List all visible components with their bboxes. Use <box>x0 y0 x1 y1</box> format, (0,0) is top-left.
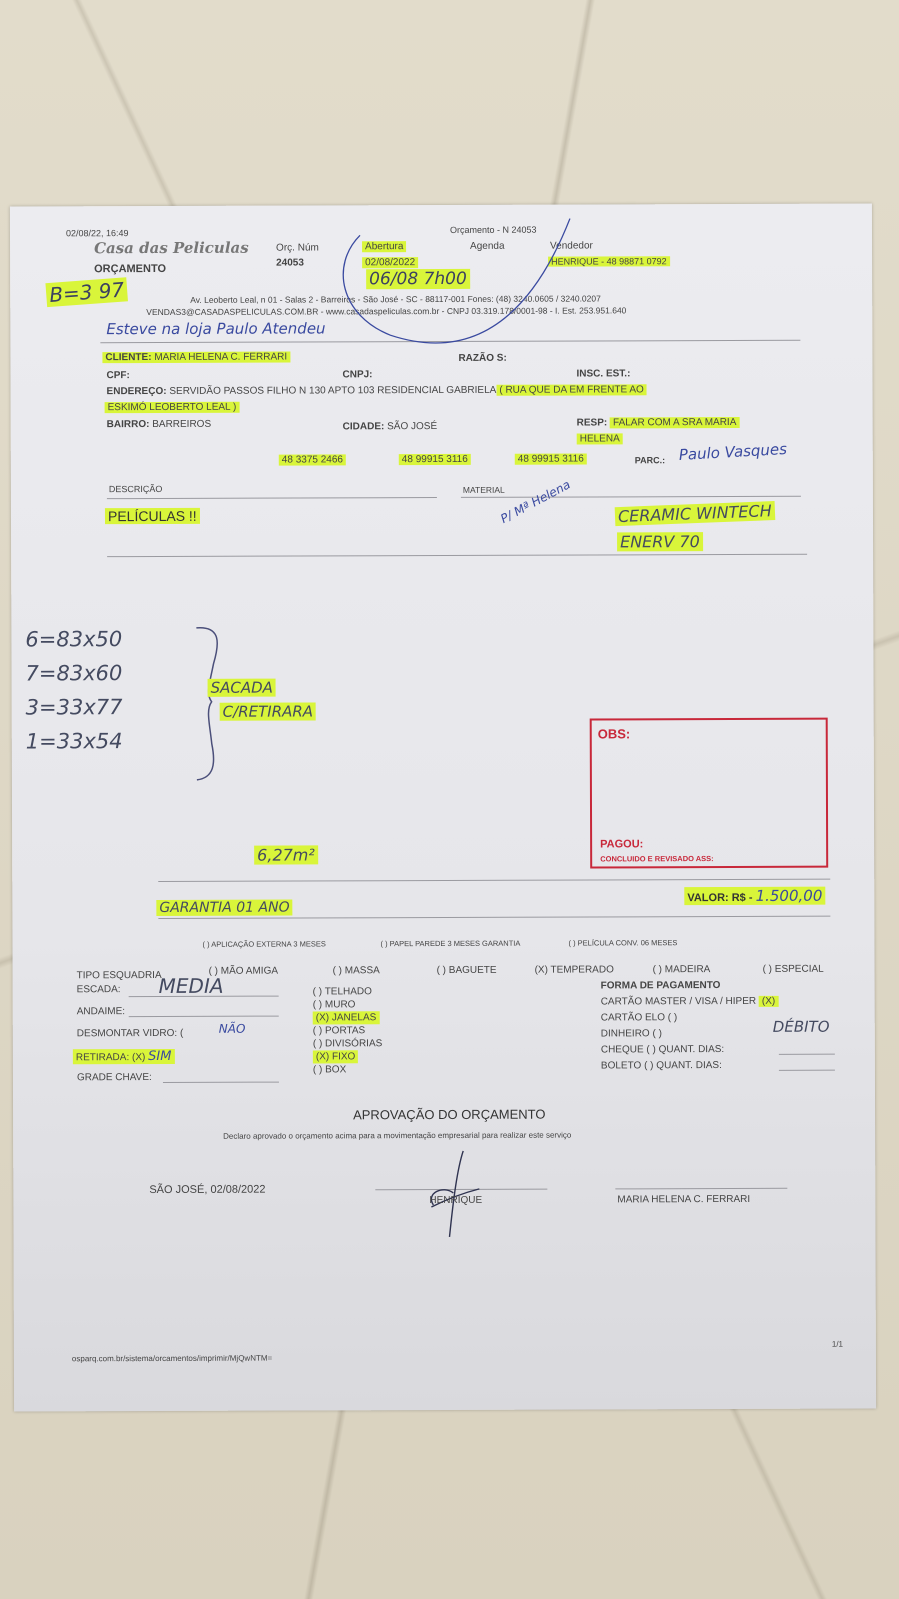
measures-note-2: C/RETIRARA <box>220 702 316 720</box>
handwritten-code: B=3 97 <box>45 277 128 307</box>
approval-client-signature: MARIA HELENA C. FERRARI <box>617 1194 750 1205</box>
printed-timestamp: 02/08/22, 16:49 <box>66 228 129 238</box>
warranty-option[interactable]: ( ) APLICAÇÃO EXTERNA 3 MESES <box>202 939 325 948</box>
payment-dinheiro-option[interactable]: DINHEIRO ( ) <box>601 1028 662 1039</box>
measures-list: 6=83x50 7=83x60 3=33x77 1=33x54 <box>25 622 122 758</box>
descricao-value: PELÍCULAS !! <box>105 508 200 524</box>
warranty-option[interactable]: ( ) PELÍCULA CONV. 06 MESES <box>568 938 677 947</box>
approval-title: APROVAÇÃO DO ORÇAMENTO <box>353 1107 545 1123</box>
esquadria-label: TIPO ESQUADRIA <box>77 970 162 981</box>
payment-master-mark: (X) <box>759 996 778 1007</box>
parc-label: PARC.: <box>635 455 665 465</box>
location-option[interactable]: ( ) BOX <box>313 1063 382 1076</box>
resp-value-2: HELENA <box>577 433 623 444</box>
endereco-value: SERVIDÃO PASSOS FILHO N 130 APTO 103 RES… <box>169 385 496 397</box>
approval-place-date: SÃO JOSÉ, 02/08/2022 <box>149 1184 265 1196</box>
payment-title: FORMA DE PAGAMENTO <box>601 980 721 991</box>
resp-field: RESP: FALAR COM A SRA MARIA <box>577 417 740 429</box>
handwritten-area: 6,27m² <box>254 845 318 864</box>
location-option[interactable]: ( ) DIVISÓRIAS <box>313 1037 382 1050</box>
endereco-label: ENDEREÇO: <box>107 386 167 397</box>
measure-item: 1=33x54 <box>26 724 123 758</box>
orc-num-value: 24053 <box>276 257 304 268</box>
handwritten-parc: Paulo Vasques <box>678 440 787 464</box>
escada-label: ESCADA: <box>77 984 121 995</box>
footer-url: osparq.com.br/sistema/orcamentos/imprimi… <box>72 1354 272 1364</box>
valor-label: VALOR: R$ - <box>687 892 752 904</box>
obs-label: OBS: <box>598 726 631 741</box>
warranty-option[interactable]: ( ) PAPEL PAREDE 3 MESES GARANTIA <box>380 939 520 948</box>
cidade-value: SÃO JOSÉ <box>387 421 437 432</box>
payment-master-option[interactable]: CARTÃO MASTER / VISA / HIPER (X) <box>601 996 779 1008</box>
valor-value: 1.500,00 <box>756 887 823 905</box>
cliente-field: CLIENTE: MARIA HELENA C. FERRARI <box>102 352 290 364</box>
handwritten-note: Esteve na loja Paulo Atendeu <box>106 319 325 338</box>
bairro-label: BAIRRO: <box>107 419 150 430</box>
cnpj-label: CNPJ: <box>342 369 372 380</box>
measures-note-1: SACADA <box>208 679 276 697</box>
pagou-label: PAGOU: <box>600 838 643 850</box>
esquadria-option[interactable]: ( ) MADEIRA <box>653 964 711 975</box>
location-option[interactable]: ( ) TELHADO <box>313 985 382 998</box>
endereco-value-2: ESKIMÓ LEOBERTO LEAL ) <box>105 402 240 413</box>
esquadria-option-checked[interactable]: (X) TEMPERADO <box>535 964 614 975</box>
esquadria-option[interactable]: ( ) BAGUETE <box>437 965 497 976</box>
handwritten-escada: MEDIA <box>159 974 224 998</box>
bairro-field: BAIRRO: BARREIROS <box>107 419 212 430</box>
handwritten-garantia: GARANTIA 01 ANO <box>156 900 292 916</box>
handwritten-desmontar: NÃO <box>219 1022 246 1036</box>
material-label: MATERIAL <box>463 485 505 495</box>
esquadria-option[interactable]: ( ) MASSA <box>333 965 380 976</box>
cliente-value: MARIA HELENA C. FERRARI <box>154 352 287 363</box>
insc-label: INSC. EST.: <box>576 368 630 379</box>
phone-1: 48 3375 2466 <box>279 454 346 465</box>
retirada-label: RETIRADA: (X) <box>76 1052 145 1063</box>
location-option-checked[interactable]: (X) FIXO <box>313 1050 358 1063</box>
cliente-label: CLIENTE: <box>105 352 151 363</box>
measure-item: 7=83x60 <box>25 656 122 690</box>
location-list: ( ) TELHADO ( ) MURO (X) JANELAS ( ) POR… <box>313 985 383 1076</box>
phone-2: 48 99915 3116 <box>399 454 471 465</box>
retirada-field: RETIRADA: (X) SIM <box>73 1049 175 1064</box>
retirada-value: SIM <box>148 1049 171 1064</box>
location-option-checked[interactable]: (X) JANELAS <box>313 1011 380 1024</box>
payment-master-label: CARTÃO MASTER / VISA / HIPER <box>601 996 756 1008</box>
location-option[interactable]: ( ) PORTAS <box>313 1024 382 1037</box>
quote-document: 02/08/22, 16:49 Casa das Peliculas ORÇAM… <box>10 203 876 1411</box>
payment-boleto-option[interactable]: BOLETO ( ) QUANT. DIAS: <box>601 1060 722 1071</box>
esquadria-option[interactable]: ( ) ESPECIAL <box>763 964 824 975</box>
cpf-label: CPF: <box>106 370 129 381</box>
measure-item: 6=83x50 <box>25 622 122 656</box>
cidade-field: CIDADE: SÃO JOSÉ <box>343 421 438 432</box>
desmontar-label: DESMONTAR VIDRO: ( <box>77 1028 184 1039</box>
cidade-label: CIDADE: <box>343 421 385 432</box>
descricao-label: DESCRIÇÃO <box>109 484 163 494</box>
doc-type: ORÇAMENTO <box>94 263 166 275</box>
payment-cheque-option[interactable]: CHEQUE ( ) QUANT. DIAS: <box>601 1044 724 1055</box>
valor-field: VALOR: R$ - 1.500,00 <box>684 887 825 905</box>
pen-circle-icon <box>330 214 590 355</box>
handwritten-debito: DÉBITO <box>773 1018 830 1036</box>
handwritten-material-2: ENERV 70 <box>617 532 703 551</box>
approval-seller-signature: HENRIQUE <box>429 1195 482 1206</box>
endereco-field: ENDEREÇO: SERVIDÃO PASSOS FILHO N 130 AP… <box>107 384 647 397</box>
footer-page: 1/1 <box>832 1340 843 1349</box>
handwritten-material-note: P/ Mª Helena <box>498 477 572 526</box>
company-logo: Casa das Peliculas <box>94 239 249 258</box>
measure-item: 3=33x77 <box>26 690 123 724</box>
obs-box: OBS: PAGOU: CONCLUIDO E REVISADO ASS: <box>590 718 829 869</box>
phone-3: 48 99915 3116 <box>515 453 587 464</box>
approval-declaration: Declaro aprovado o orçamento acima para … <box>223 1131 571 1141</box>
grade-label: GRADE CHAVE: <box>77 1072 152 1083</box>
concluido-label: CONCLUIDO E REVISADO ASS: <box>600 854 714 863</box>
resp-value: FALAR COM A SRA MARIA <box>610 417 739 428</box>
bairro-value: BARREIROS <box>152 419 211 430</box>
location-option[interactable]: ( ) MURO <box>313 998 382 1011</box>
payment-elo-option[interactable]: CARTÃO ELO ( ) <box>601 1012 678 1023</box>
handwritten-material-1: CERAMIC WINTECH <box>615 501 775 526</box>
endereco-value-highlight: ( RUA QUE DA EM FRENTE AO <box>496 384 647 396</box>
andaime-label: ANDAIME: <box>77 1006 125 1017</box>
orc-num-label: Orç. Núm <box>276 242 319 253</box>
resp-label: RESP: <box>577 417 608 428</box>
